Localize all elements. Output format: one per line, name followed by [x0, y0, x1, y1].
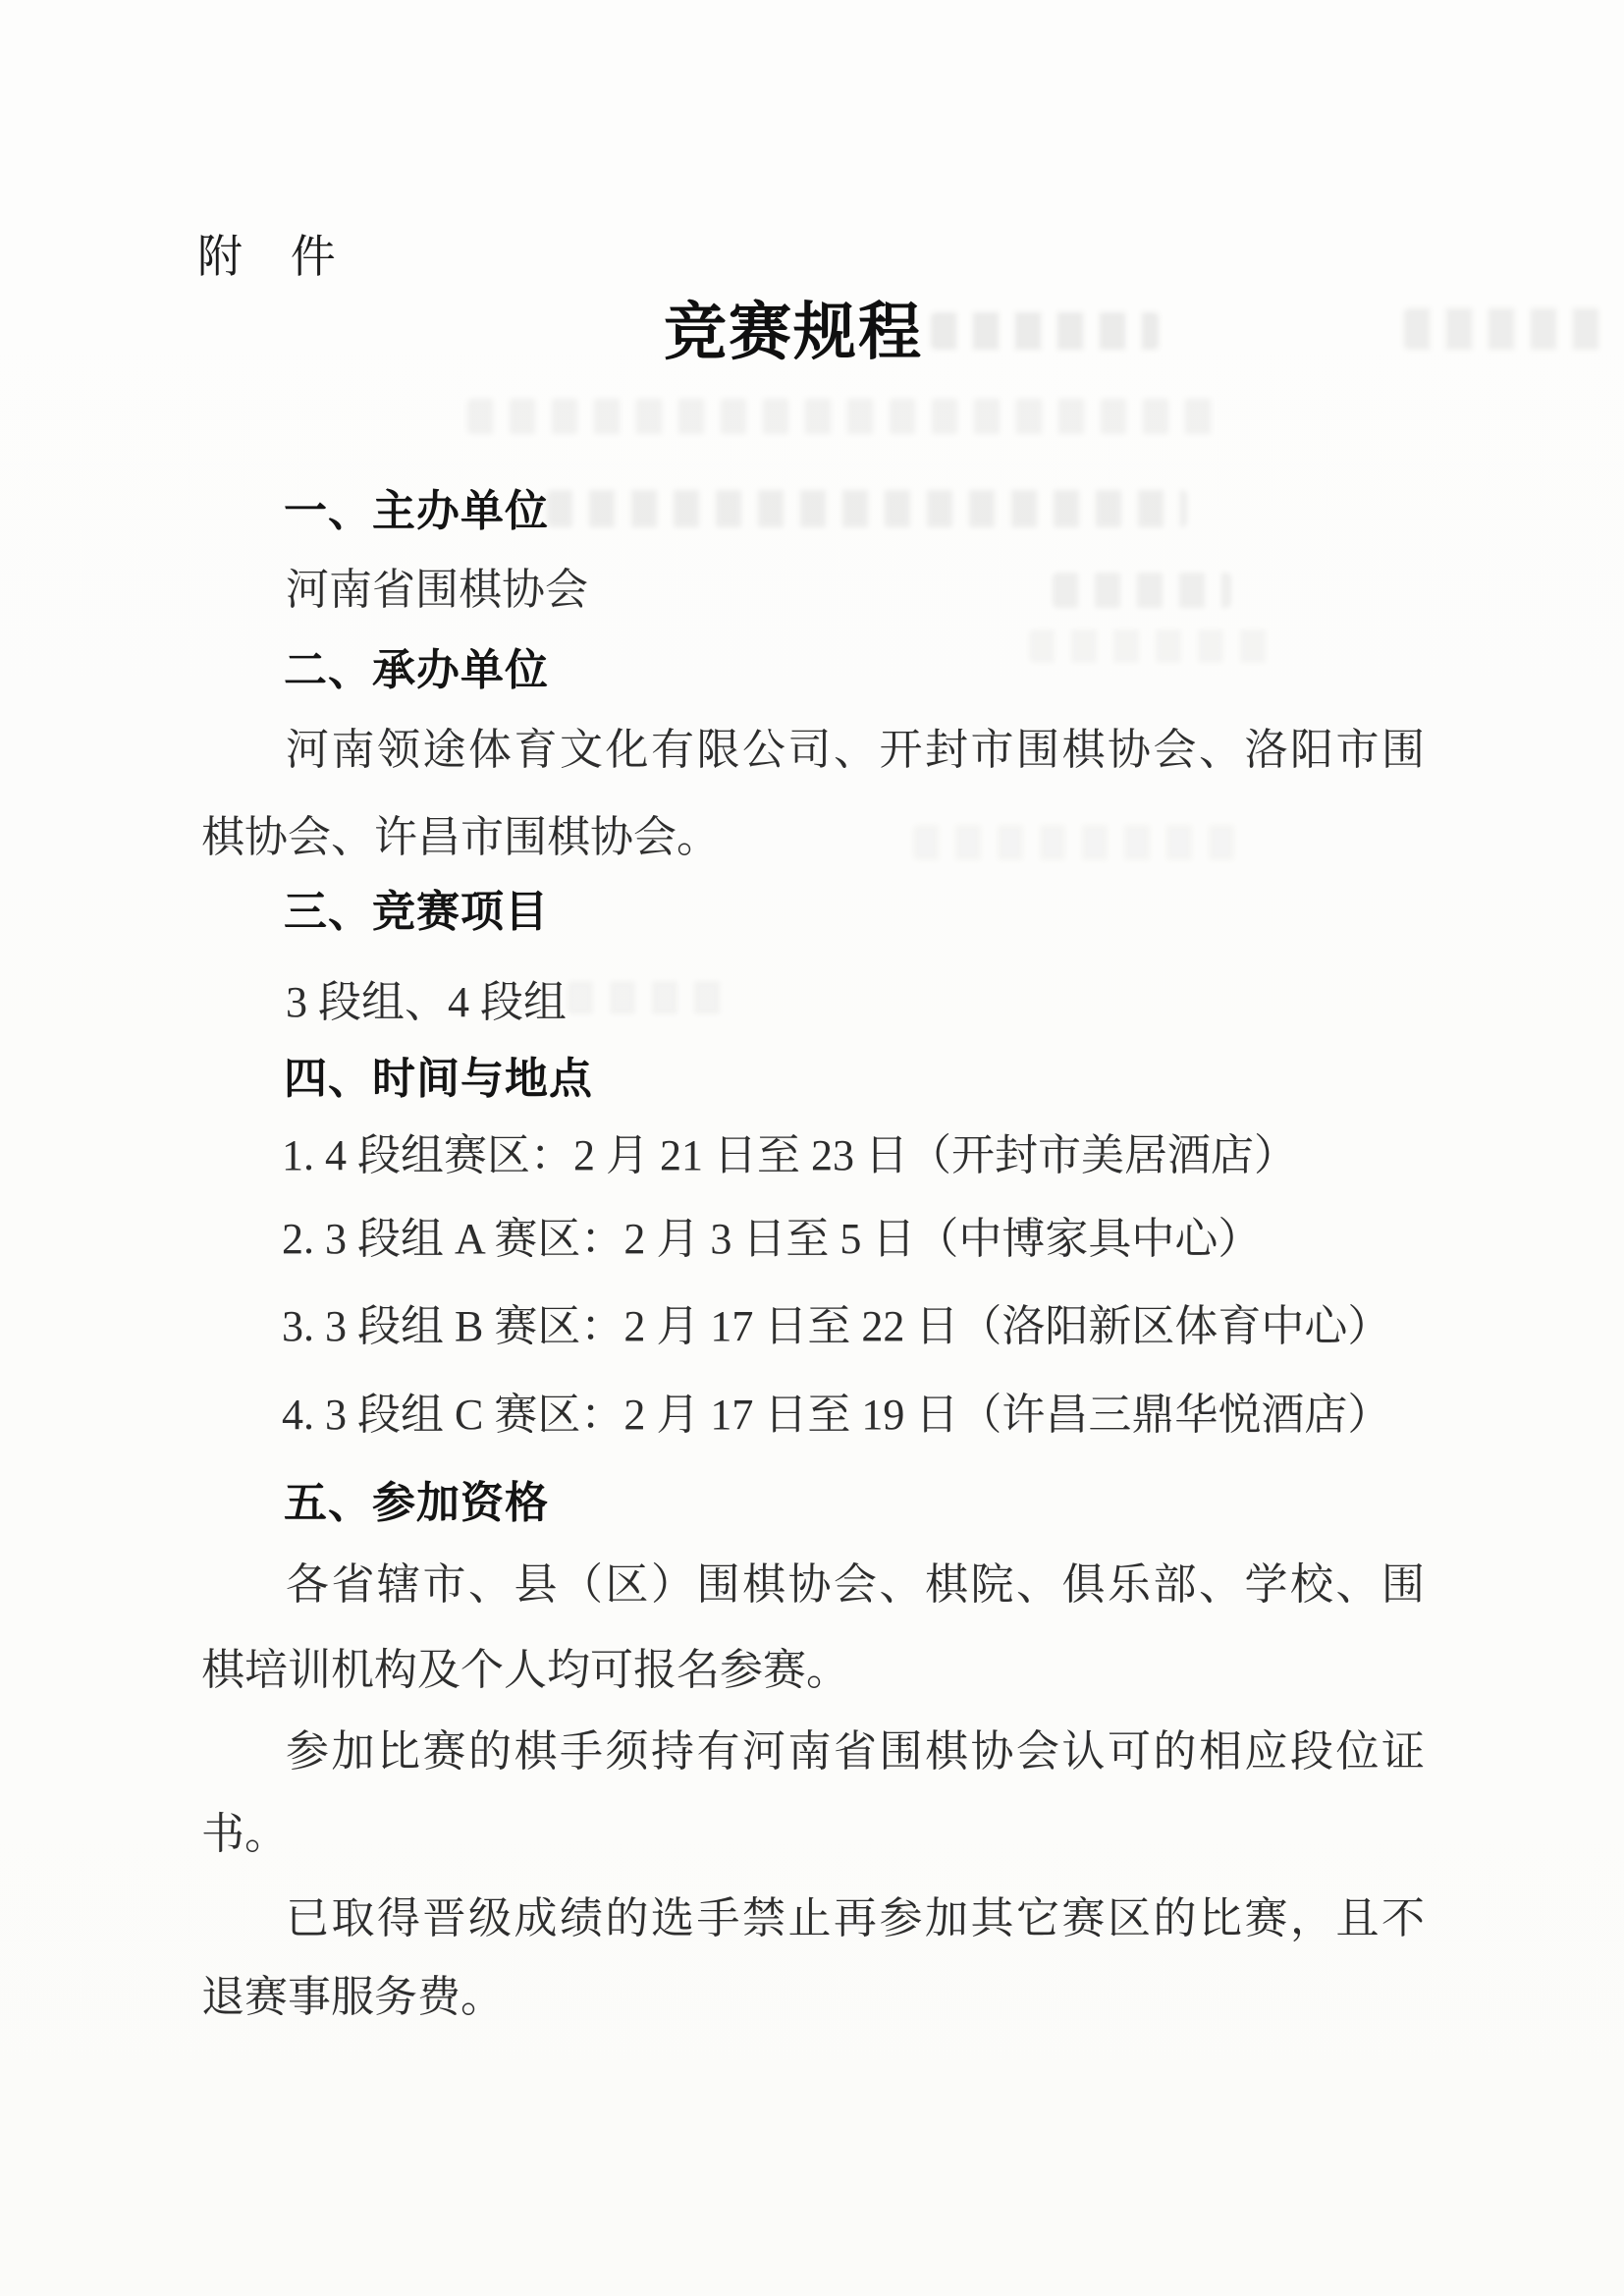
- line-eligibility-1: 各省辖市、县（区）围棋协会、棋院、俱乐部、学校、围: [286, 1560, 1428, 1609]
- bleed-through-smudge: [1029, 629, 1276, 663]
- line-eligibility-3: 参加比赛的棋手须持有河南省围棋协会认可的相应段位证: [286, 1727, 1428, 1776]
- line-schedule-2: 2. 3 段组 A 赛区：2 月 3 日至 5 日（中博家具中心）: [282, 1215, 1261, 1263]
- line-eligibility-4: 书。: [201, 1810, 288, 1858]
- line-schedule-3: 3. 3 段组 B 赛区：2 月 17 日至 22 日（洛阳新区体育中心）: [282, 1302, 1390, 1350]
- heading-organizer: 一、主办单位: [284, 487, 549, 535]
- bleed-through-smudge: [913, 825, 1237, 860]
- line-host-1: 河南领途体育文化有限公司、开封市围棋协会、洛阳市围: [286, 726, 1428, 774]
- line-eligibility-6: 退赛事服务费。: [201, 1973, 504, 2021]
- bleed-through-smudge: [931, 312, 1159, 350]
- heading-eligibility: 五、参加资格: [284, 1479, 549, 1527]
- heading-host: 二、承办单位: [284, 646, 549, 694]
- bleed-through-smudge: [568, 981, 736, 1014]
- heading-events: 三、竞赛项目: [284, 888, 549, 936]
- line-eligibility-2: 棋培训机构及个人均可报名参赛。: [201, 1646, 849, 1694]
- bleed-through-smudge: [1404, 308, 1600, 350]
- line-eligibility-5: 已取得晋级成绩的选手禁止再参加其它赛区的比赛，且不: [286, 1894, 1428, 1942]
- bleed-through-smudge: [1053, 573, 1231, 608]
- line-host-2: 棋协会、许昌市围棋协会。: [201, 813, 720, 861]
- bleed-through-smudge: [547, 490, 1187, 527]
- line-schedule-4: 4. 3 段组 C 赛区：2 月 17 日至 19 日（许昌三鼎华悦酒店）: [282, 1391, 1390, 1439]
- line-events: 3 段组、4 段组: [286, 978, 567, 1026]
- line-organizer-name: 河南省围棋协会: [286, 566, 588, 614]
- document-title: 竞赛规程: [664, 298, 923, 368]
- heading-schedule: 四、时间与地点: [284, 1055, 593, 1103]
- document-page: 附 件 竞赛规程 一、主办单位 河南省围棋协会 二、承办单位 河南领途体育文化有…: [0, 0, 1624, 2296]
- line-schedule-1: 1. 4 段组赛区：2 月 21 日至 23 日（开封市美居酒店）: [282, 1131, 1297, 1179]
- bleed-through-smudge: [467, 399, 1225, 434]
- attachment-label: 附 件: [197, 232, 337, 283]
